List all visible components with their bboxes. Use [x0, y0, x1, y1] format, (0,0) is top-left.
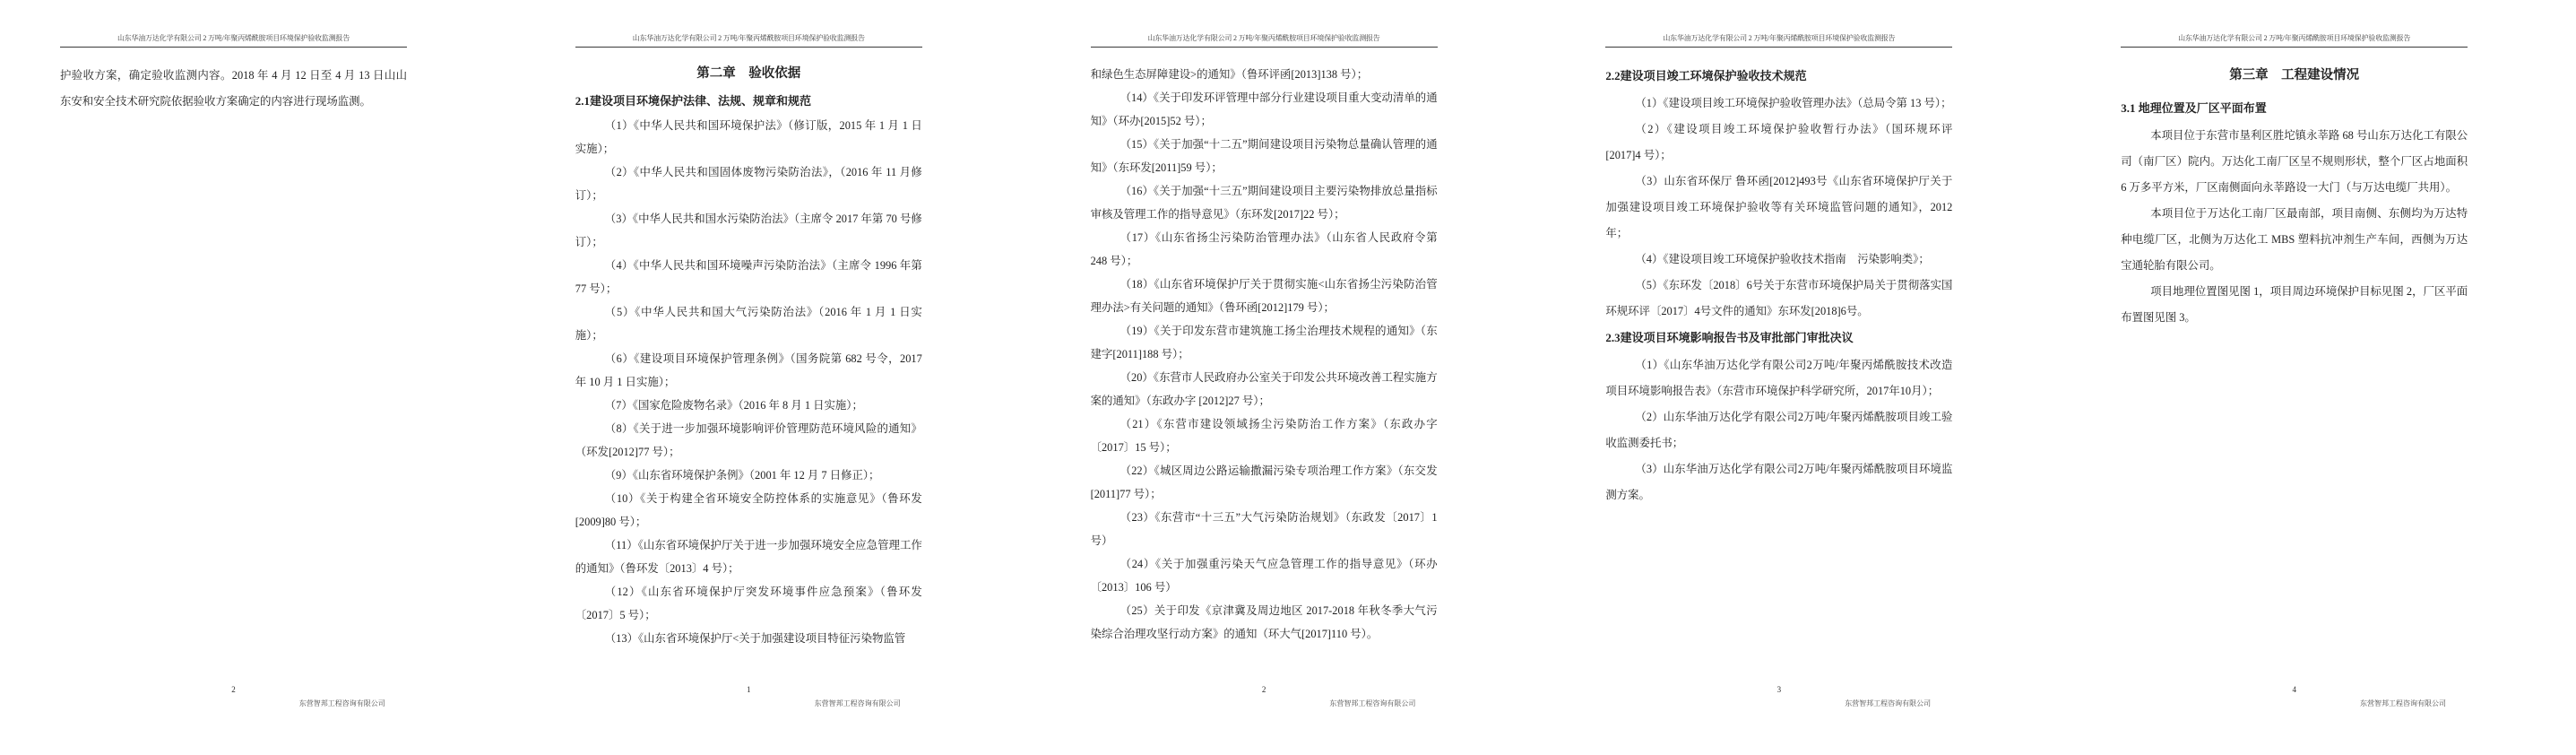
footer-company: 东营智邦工程咨询有限公司 [1845, 699, 1931, 708]
paragraph: （25）关于印发《京津冀及周边地区 2017-2018 年秋冬季大气污染综合治理… [1091, 599, 1438, 646]
section-heading: 2.3建设项目环境影响报告书及审批部门审批决议 [1605, 325, 1952, 351]
paragraph: （15）《关于加强“十二五”期间建设项目污染物总量确认管理的通知》（东环发[20… [1091, 133, 1438, 179]
section-heading: 2.2建设项目竣工环境保护验收技术规范 [1605, 63, 1952, 89]
paragraph: 本项目位于东营市垦利区胜坨镇永莘路 68 号山东万达化工有限公司（南厂区）院内。… [2121, 123, 2468, 201]
paragraph: （19）《关于印发东营市建筑施工扬尘治理技术规程的通知》（东建字[2011]18… [1091, 319, 1438, 366]
paragraph: （2）《建设项目竣工环境保护验收暂行办法》（国环规环评[2017]4 号）； [1605, 117, 1952, 169]
paragraph: （5）《东环发〔2018〕6号关于东营市环境保护局关于贯彻落实国环规环评〔201… [1605, 273, 1952, 325]
paragraph: 和绿色生态屏障建设>的通知》（鲁环评函[2013]138 号）； [1091, 63, 1438, 86]
running-header: 山东华油万达化学有限公司 2 万吨/年聚丙烯酰胺项目环境保护验收监测报告 [60, 33, 407, 48]
paragraph: （1）《建设项目竣工环境保护验收管理办法》（总局令第 13 号）； [1605, 91, 1952, 117]
page-number: 2 [60, 685, 407, 694]
paragraph: （21）《东营市建设领域扬尘污染防治工作方案》（东政办字〔2017〕15 号）； [1091, 412, 1438, 459]
document-page: 山东华油万达化学有限公司 2 万吨/年聚丙烯酰胺项目环境保护验收监测报告 护验收… [0, 0, 515, 755]
page-body: 第三章 工程建设情况3.1 地理位置及厂区平面布置本项目位于东营市垦利区胜坨镇永… [2121, 63, 2468, 331]
section-heading: 2.1建设项目环境保护法律、法规、规章和规范 [575, 91, 922, 112]
document-page: 山东华油万达化学有限公司 2 万吨/年聚丙烯酰胺项目环境保护验收监测报告 第二章… [515, 0, 1031, 755]
paragraph: （24）《关于加强重污染天气应急管理工作的指导意见》（环办〔2013〕106 号… [1091, 552, 1438, 599]
paragraph: （16）《关于加强“十三五”期间建设项目主要污染物排放总量指标审核及管理工作的指… [1091, 179, 1438, 226]
paragraph: （1）《中华人民共和国环境保护法》（修订版，2015 年 1 月 1 日实施）； [575, 114, 922, 161]
paragraph: （13）《山东省环境保护厅<关于加强建设项目特征污染物监管 [575, 627, 922, 650]
running-header: 山东华油万达化学有限公司 2 万吨/年聚丙烯酰胺项目环境保护验收监测报告 [1091, 33, 1438, 48]
page-body: 和绿色生态屏障建设>的通知》（鲁环评函[2013]138 号）；（14）《关于印… [1091, 63, 1438, 646]
paragraph: （5）《中华人民共和国大气污染防治法》（2016 年 1 月 1 日实施）； [575, 300, 922, 347]
paragraph: （3）山东华油万达化学有限公司2万吨/年聚丙烯酰胺项目环境监测方案。 [1605, 456, 1952, 508]
chapter-title: 第二章 验收依据 [575, 63, 922, 84]
paragraph: （10）《关于构建全省环境安全防控体系的实施意见》（鲁环发[2009]80 号）… [575, 487, 922, 534]
page-number: 1 [575, 685, 922, 694]
chapter-title: 第三章 工程建设情况 [2121, 63, 2468, 89]
paragraph: （1）《山东华油万达化学有限公司2万吨/年聚丙烯酰胺技术改造项目环境影响报告表》… [1605, 352, 1952, 404]
running-header: 山东华油万达化学有限公司 2 万吨/年聚丙烯酰胺项目环境保护验收监测报告 [2121, 33, 2468, 48]
paragraph: （18）《山东省环境保护厅关于贯彻实施<山东省扬尘污染防治管理办法>有关问题的通… [1091, 273, 1438, 319]
paragraph: （2）山东华油万达化学有限公司2万吨/年聚丙烯酰胺项目竣工验收监测委托书； [1605, 404, 1952, 456]
section-heading: 3.1 地理位置及厂区平面布置 [2121, 95, 2468, 121]
page-number: 4 [2121, 685, 2468, 694]
paragraph: 项目地理位置图见图 1，项目周边环境保护目标见图 2，厂区平面布置图见图 3。 [2121, 279, 2468, 331]
paragraph: （9）《山东省环境保护条例》（2001 年 12 月 7 日修正）； [575, 464, 922, 487]
footer-company: 东营智邦工程咨询有限公司 [1329, 699, 1415, 708]
paragraph: （22）《城区周边公路运输撒漏污染专项治理工作方案》（东交发[2011]77 号… [1091, 459, 1438, 506]
paragraph: （23）《东营市“十三五”大气污染防治规划》（东政发〔2017〕1 号） [1091, 506, 1438, 552]
footer-company: 东营智邦工程咨询有限公司 [2360, 699, 2446, 708]
paragraph: （3）山东省环保厅 鲁环函[2012]493号《山东省环境保护厅关于加强建设项目… [1605, 169, 1952, 247]
paragraph: （14）《关于印发环评管理中部分行业建设项目重大变动清单的通知》（环办[2015… [1091, 86, 1438, 133]
footer-company: 东营智邦工程咨询有限公司 [299, 699, 385, 708]
footer-company: 东营智邦工程咨询有限公司 [815, 699, 901, 708]
page-body: 2.2建设项目竣工环境保护验收技术规范（1）《建设项目竣工环境保护验收管理办法》… [1605, 63, 1952, 508]
paragraph: 本项目位于万达化工南厂区最南部，项目南侧、东侧均为万达特种电缆厂区，北侧为万达化… [2121, 201, 2468, 279]
paragraph: （7）《国家危险废物名录》（2016 年 8 月 1 日实施）； [575, 394, 922, 417]
document-page: 山东华油万达化学有限公司 2 万吨/年聚丙烯酰胺项目环境保护验收监测报告 2.2… [1545, 0, 2061, 755]
paragraph: （8）《关于进一步加强环境影响评价管理防范环境风险的通知》（环发[2012]77… [575, 417, 922, 464]
page-body: 第二章 验收依据2.1建设项目环境保护法律、法规、规章和规范（1）《中华人民共和… [575, 63, 922, 650]
paragraph: （11）《山东省环境保护厅关于进一步加强环境安全应急管理工作的通知》（鲁环发〔2… [575, 534, 922, 580]
running-header: 山东华油万达化学有限公司 2 万吨/年聚丙烯酰胺项目环境保护验收监测报告 [575, 33, 922, 48]
paragraph: （3）《中华人民共和国水污染防治法》（主席令 2017 年第 70 号修订）； [575, 207, 922, 254]
page-number: 3 [1605, 685, 1952, 694]
pages-row: 山东华油万达化学有限公司 2 万吨/年聚丙烯酰胺项目环境保护验收监测报告 护验收… [0, 0, 2576, 755]
paragraph: （2）《中华人民共和国固体废物污染防治法》，（2016 年 11 月修订）； [575, 161, 922, 207]
paragraph: （12）《山东省环境保护厅突发环境事件应急预案》（鲁环发〔2017〕5 号）； [575, 580, 922, 627]
document-page: 山东华油万达化学有限公司 2 万吨/年聚丙烯酰胺项目环境保护验收监测报告 和绿色… [1031, 0, 1546, 755]
paragraph: （4）《建设项目竣工环境保护验收技术指南 污染影响类》； [1605, 247, 1952, 273]
paragraph: （17）《山东省扬尘污染防治管理办法》（山东省人民政府令第 248 号）； [1091, 226, 1438, 273]
paragraph: （4）《中华人民共和国环境噪声污染防治法》（主席令 1996 年第 77 号）； [575, 254, 922, 300]
document-page: 山东华油万达化学有限公司 2 万吨/年聚丙烯酰胺项目环境保护验收监测报告 第三章… [2061, 0, 2576, 755]
page-body: 护验收方案，确定验收监测内容。2018 年 4 月 12 日至 4 月 13 日… [60, 63, 407, 115]
paragraph: （20）《东营市人民政府办公室关于印发公共环境改善工程实施方案的通知》（东政办字… [1091, 366, 1438, 412]
running-header: 山东华油万达化学有限公司 2 万吨/年聚丙烯酰胺项目环境保护验收监测报告 [1605, 33, 1952, 48]
paragraph: （6）《建设项目环境保护管理条例》（国务院第 682 号令，2017 年 10 … [575, 347, 922, 394]
page-number: 2 [1091, 685, 1438, 694]
paragraph: 护验收方案，确定验收监测内容。2018 年 4 月 12 日至 4 月 13 日… [60, 63, 407, 115]
